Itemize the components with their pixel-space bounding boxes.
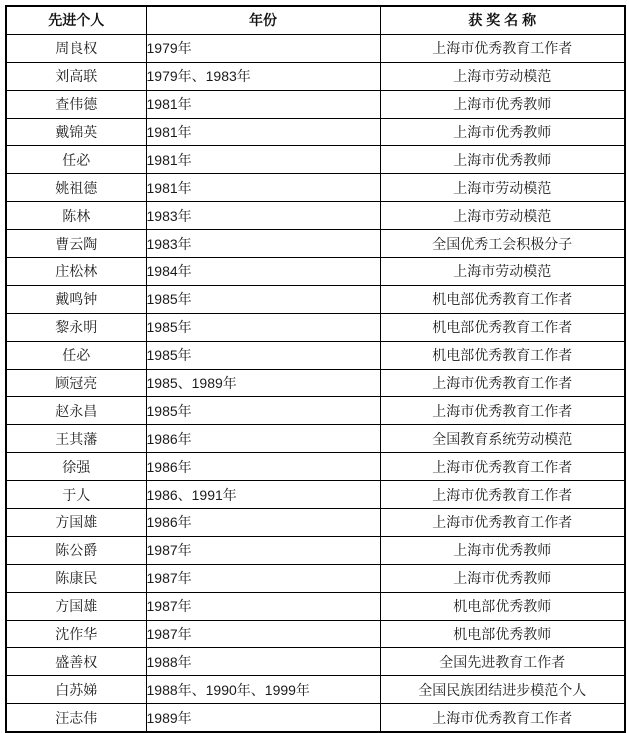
cell-years: 1986年 [146,425,380,453]
cell-person: 周良权 [6,34,146,62]
document-page: 先进个人 年份 获 奖 名 称 周良权1979年上海市优秀教育工作者刘高联197… [0,0,629,733]
column-header-person: 先进个人 [6,6,146,34]
table-row: 庄松林1984年上海市劳动模范 [6,258,625,286]
cell-person: 顾冠亮 [6,369,146,397]
cell-award: 上海市优秀教育工作者 [380,453,625,481]
table-row: 徐强1986年上海市优秀教育工作者 [6,453,625,481]
table-row: 戴锦英1981年上海市优秀教师 [6,118,625,146]
table-row: 方国雄1987年机电部优秀教师 [6,592,625,620]
table-row: 刘高联1979年、1983年上海市劳动模范 [6,62,625,90]
table-row: 方国雄1986年上海市优秀教育工作者 [6,509,625,537]
cell-person: 方国雄 [6,509,146,537]
cell-person: 任必 [6,341,146,369]
cell-years: 1983年 [146,230,380,258]
table-row: 沈作华1987年机电部优秀教师 [6,620,625,648]
cell-person: 陈康民 [6,564,146,592]
cell-award: 上海市劳动模范 [380,174,625,202]
cell-years: 1985年 [146,313,380,341]
cell-years: 1986、1991年 [146,481,380,509]
cell-person: 盛善权 [6,648,146,676]
cell-years: 1989年 [146,704,380,732]
cell-years: 1986年 [146,509,380,537]
cell-person: 陈林 [6,202,146,230]
cell-person: 于人 [6,481,146,509]
table-row: 黎永明1985年机电部优秀教育工作者 [6,313,625,341]
cell-award: 全国先进教育工作者 [380,648,625,676]
table-row: 白苏娣1988年、1990年、1999年全国民族团结进步模范个人 [6,676,625,704]
column-header-years: 年份 [146,6,380,34]
cell-award: 上海市劳动模范 [380,62,625,90]
cell-years: 1987年 [146,536,380,564]
cell-award: 上海市优秀教师 [380,90,625,118]
table-body: 周良权1979年上海市优秀教育工作者刘高联1979年、1983年上海市劳动模范查… [6,34,625,732]
table-row: 于人1986、1991年上海市优秀教育工作者 [6,481,625,509]
cell-person: 查伟德 [6,90,146,118]
cell-award: 机电部优秀教育工作者 [380,313,625,341]
cell-years: 1987年 [146,564,380,592]
cell-award: 机电部优秀教师 [380,620,625,648]
cell-award: 上海市优秀教育工作者 [380,481,625,509]
cell-award: 全国优秀工会积极分子 [380,230,625,258]
cell-years: 1985年 [146,341,380,369]
cell-award: 上海市优秀教育工作者 [380,34,625,62]
cell-years: 1986年 [146,453,380,481]
table-row: 盛善权1988年全国先进教育工作者 [6,648,625,676]
table-row: 姚祖德1981年上海市劳动模范 [6,174,625,202]
cell-award: 上海市优秀教师 [380,564,625,592]
table-row: 汪志伟1989年上海市优秀教育工作者 [6,704,625,732]
table-row: 陈康民1987年上海市优秀教师 [6,564,625,592]
cell-person: 戴锦英 [6,118,146,146]
cell-person: 徐强 [6,453,146,481]
table-row: 顾冠亮1985、1989年上海市优秀教育工作者 [6,369,625,397]
cell-years: 1981年 [146,146,380,174]
table-row: 陈公爵1987年上海市优秀教师 [6,536,625,564]
cell-award: 上海市优秀教育工作者 [380,369,625,397]
cell-years: 1985、1989年 [146,369,380,397]
cell-award: 机电部优秀教师 [380,592,625,620]
cell-person: 曹云陶 [6,230,146,258]
cell-years: 1987年 [146,620,380,648]
table-header-row: 先进个人 年份 获 奖 名 称 [6,6,625,34]
cell-years: 1979年、1983年 [146,62,380,90]
cell-person: 方国雄 [6,592,146,620]
cell-years: 1984年 [146,258,380,286]
cell-award: 上海市优秀教师 [380,146,625,174]
cell-person: 庄松林 [6,258,146,286]
cell-award: 上海市优秀教育工作者 [380,509,625,537]
cell-years: 1985年 [146,397,380,425]
cell-award: 机电部优秀教育工作者 [380,341,625,369]
table-row: 查伟德1981年上海市优秀教师 [6,90,625,118]
cell-person: 陈公爵 [6,536,146,564]
cell-person: 沈作华 [6,620,146,648]
cell-award: 上海市劳动模范 [380,202,625,230]
cell-years: 1988年、1990年、1999年 [146,676,380,704]
cell-years: 1981年 [146,174,380,202]
table-row: 曹云陶1983年全国优秀工会积极分子 [6,230,625,258]
cell-years: 1985年 [146,285,380,313]
cell-award: 全国民族团结进步模范个人 [380,676,625,704]
cell-years: 1988年 [146,648,380,676]
cell-person: 刘高联 [6,62,146,90]
cell-award: 上海市优秀教师 [380,118,625,146]
cell-years: 1981年 [146,118,380,146]
cell-years: 1981年 [146,90,380,118]
cell-award: 全国教育系统劳动模范 [380,425,625,453]
cell-award: 上海市劳动模范 [380,258,625,286]
column-header-award: 获 奖 名 称 [380,6,625,34]
cell-person: 戴鸣钟 [6,285,146,313]
cell-award: 上海市优秀教育工作者 [380,397,625,425]
cell-person: 王其藩 [6,425,146,453]
table-row: 任必1981年上海市优秀教师 [6,146,625,174]
cell-award: 上海市优秀教育工作者 [380,704,625,732]
table-row: 赵永昌1985年上海市优秀教育工作者 [6,397,625,425]
table-row: 戴鸣钟1985年机电部优秀教育工作者 [6,285,625,313]
table-row: 任必1985年机电部优秀教育工作者 [6,341,625,369]
table-row: 陈林1983年上海市劳动模范 [6,202,625,230]
cell-years: 1983年 [146,202,380,230]
cell-award: 上海市优秀教师 [380,536,625,564]
cell-years: 1987年 [146,592,380,620]
cell-award: 机电部优秀教育工作者 [380,285,625,313]
cell-person: 任必 [6,146,146,174]
cell-person: 赵永昌 [6,397,146,425]
cell-person: 姚祖德 [6,174,146,202]
table-row: 王其藩1986年全国教育系统劳动模范 [6,425,625,453]
cell-person: 白苏娣 [6,676,146,704]
awards-table: 先进个人 年份 获 奖 名 称 周良权1979年上海市优秀教育工作者刘高联197… [5,5,626,733]
cell-person: 黎永明 [6,313,146,341]
cell-person: 汪志伟 [6,704,146,732]
table-row: 周良权1979年上海市优秀教育工作者 [6,34,625,62]
cell-years: 1979年 [146,34,380,62]
